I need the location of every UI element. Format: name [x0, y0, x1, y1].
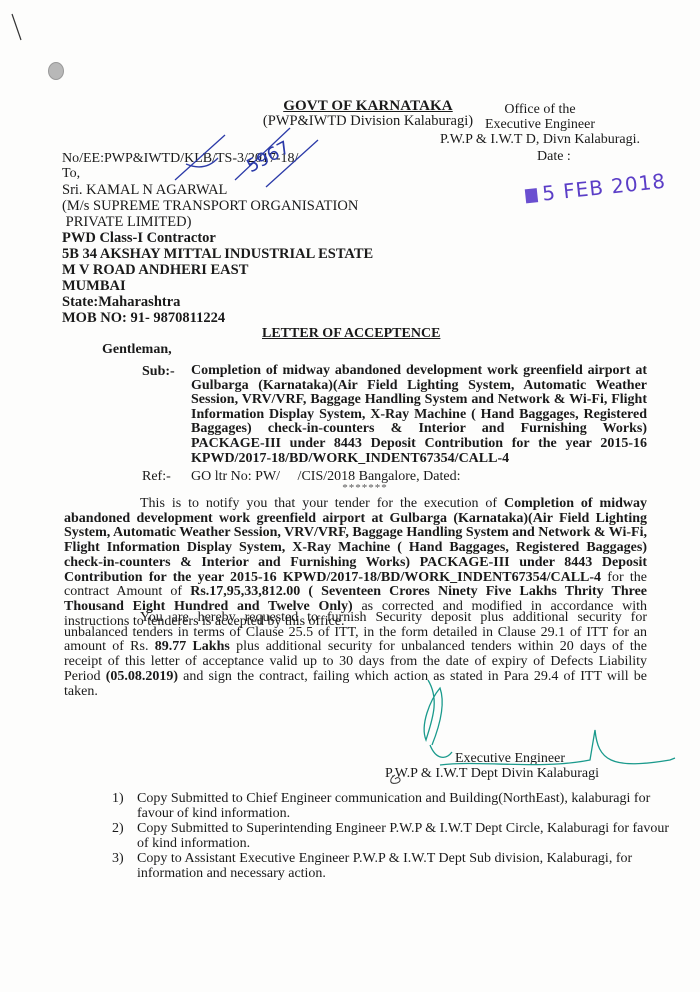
letter-title: LETTER OF ACCEPTENCE — [262, 326, 440, 342]
to-label: To, — [62, 166, 80, 182]
office-line: Executive Engineer — [440, 117, 640, 132]
stamp-block-icon — [525, 188, 538, 203]
copy-item: 2)Copy Submitted to Superintending Engin… — [112, 821, 672, 851]
addressee-block: Sri. KAMAL N AGARWAL (M/s SUPREME TRANSP… — [62, 182, 373, 326]
addressee-line: 5B 34 AKSHAY MITTAL INDUSTRIAL ESTATE — [62, 246, 373, 262]
copy-text: Copy Submitted to Superintending Enginee… — [137, 821, 669, 851]
addressee-line: PRIVATE LIMITED) — [62, 214, 373, 230]
reference-number: No/EE:PWP&IWTD/KLB/TS-3/2017-18/ — [62, 151, 298, 167]
copy-number: 2) — [112, 821, 124, 836]
salutation: Gentleman, — [102, 342, 172, 358]
subject-text: Completion of midway abandoned developme… — [191, 364, 647, 466]
addressee-line: MOB NO: 91- 9870811224 — [62, 310, 373, 326]
copy-number: 3) — [112, 851, 124, 866]
body-paragraph-2: You are hereby requested to furnish Secu… — [64, 611, 647, 699]
copy-text: Copy to Assistant Executive Engineer P.W… — [137, 851, 632, 881]
subject-label: Sub:- — [142, 364, 175, 380]
signature-title: Executive Engineer — [455, 751, 565, 767]
addressee-line: M V ROAD ANDHERI EAST — [62, 262, 373, 278]
addressee-line: PWD Class-I Contractor — [62, 230, 373, 246]
addressee-line: State:Maharashtra — [62, 294, 373, 310]
copy-text: Copy Submitted to Chief Engineer communi… — [137, 791, 650, 821]
office-block: Office of the Executive Engineer P.W.P &… — [440, 102, 640, 147]
office-line: P.W.P & I.W.T D, Divn Kalaburagi. — [440, 132, 640, 147]
addressee-line: Sri. KAMAL N AGARWAL — [62, 182, 373, 198]
addressee-line: (M/s SUPREME TRANSPORT ORGANISATION — [62, 198, 373, 214]
date-label: Date : — [537, 149, 571, 165]
copy-number: 1) — [112, 791, 124, 806]
office-line: Office of the — [440, 102, 640, 117]
signature-dept: P.W.P & I.W.T Dept Divin Kalaburagi — [385, 766, 599, 782]
pen-mark-icon — [12, 14, 21, 40]
stamp-text: 5 FEB 2018 — [541, 169, 667, 206]
p1-intro: This is to notify you that your tender f… — [140, 496, 504, 511]
copy-item: 3)Copy to Assistant Executive Engineer P… — [112, 851, 672, 881]
liability-date: (05.08.2019) — [106, 669, 178, 684]
addressee-line: MUMBAI — [62, 278, 373, 294]
copy-item: 1)Copy Submitted to Chief Engineer commu… — [112, 791, 672, 821]
separator: ******* — [0, 482, 700, 494]
punch-hole-mark — [48, 62, 64, 80]
copy-list: 1)Copy Submitted to Chief Engineer commu… — [112, 791, 672, 881]
date-stamp: 5 FEB 2018 — [524, 169, 667, 208]
security-amount: 89.77 Lakhs — [155, 639, 230, 654]
